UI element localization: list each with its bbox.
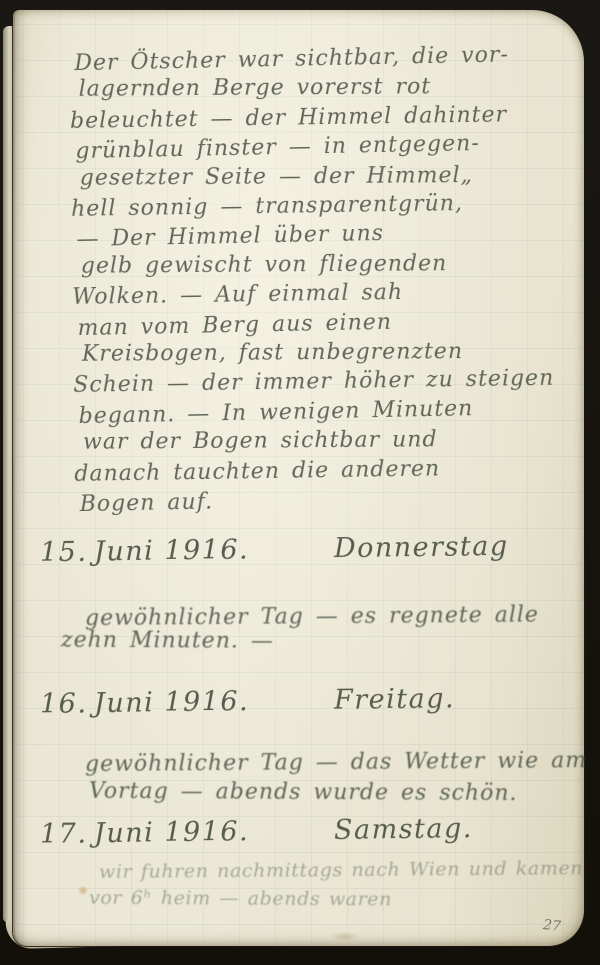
handwritten-line: wir fuhren nachmittags nach Wien und kam…	[99, 854, 590, 887]
entry-day-number: 16.	[40, 688, 94, 720]
entry-month-year: Juni 1916.	[94, 534, 272, 567]
entry-heading-17-juni-1916: 17. Juni 1916. Samstag.	[40, 813, 473, 850]
entry-weekday: Samstag.	[334, 813, 473, 846]
entry-weekday: Freitag.	[334, 683, 455, 716]
notebook-page: Der Ötscher war sichtbar, die vor- lager…	[13, 10, 584, 946]
handwritten-line: gewöhnlicher Tag — das Wetter wie am	[85, 746, 590, 780]
entry-heading-15-juni-1916: 15. Juni 1916. Donnerstag	[40, 531, 509, 569]
scanned-diary-page: Der Ötscher war sichtbar, die vor- lager…	[0, 0, 600, 965]
handwritten-line: Vortag — abends wurde es schön.	[89, 777, 594, 810]
entry-body-16-juni-1916: gewöhnlicher Tag — das Wetter wie am Vor…	[85, 748, 590, 808]
entry-body-17-juni-1916-faint: wir fuhren nachmittags nach Wien und kam…	[85, 856, 590, 914]
entry-month-year: Juni 1916.	[94, 816, 272, 849]
entry-heading-16-juni-1916: 16. Juni 1916. Freitag.	[40, 683, 455, 720]
diary-paragraph-sky-description: Der Ötscher war sichtbar, die vor- lager…	[74, 41, 585, 518]
entry-day-number: 15.	[40, 537, 94, 569]
entry-body-15-juni-1916: gewöhnlicher Tag — es regnete alle zehn …	[85, 602, 590, 657]
handwritten-line: zehn Minuten. —	[61, 626, 594, 659]
handwritten-line: vor 6ʰ heim — abends waren	[89, 884, 594, 916]
entry-weekday: Donnerstag	[334, 531, 509, 564]
entry-month-year: Juni 1916.	[94, 686, 272, 719]
entry-day-number: 17.	[40, 818, 94, 850]
page-number: 27	[542, 917, 561, 935]
paper-stain	[331, 932, 359, 941]
